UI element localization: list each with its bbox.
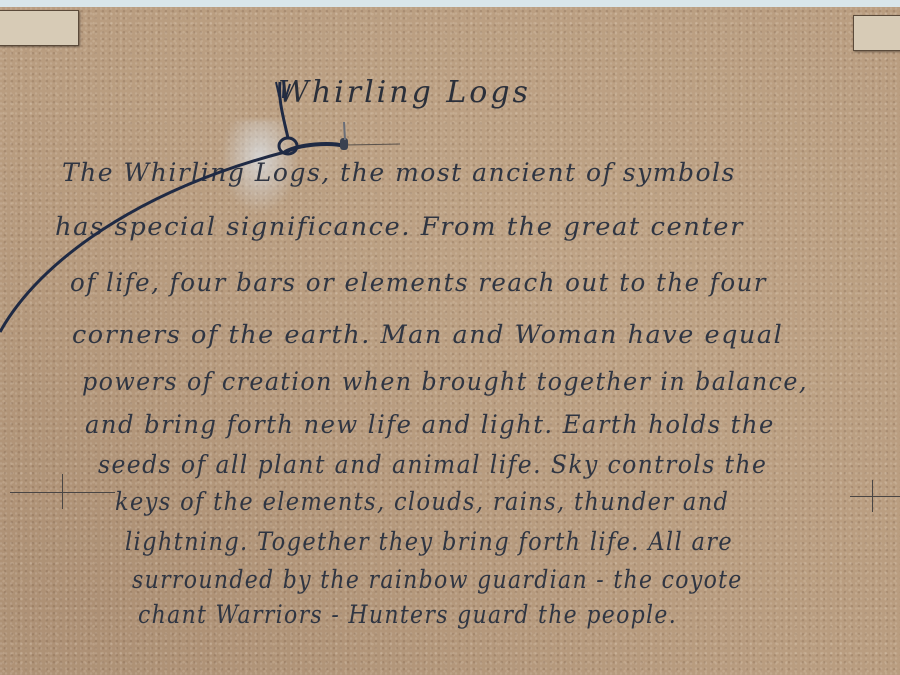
hanging-wire [0, 0, 900, 675]
picture-hook [340, 122, 348, 150]
